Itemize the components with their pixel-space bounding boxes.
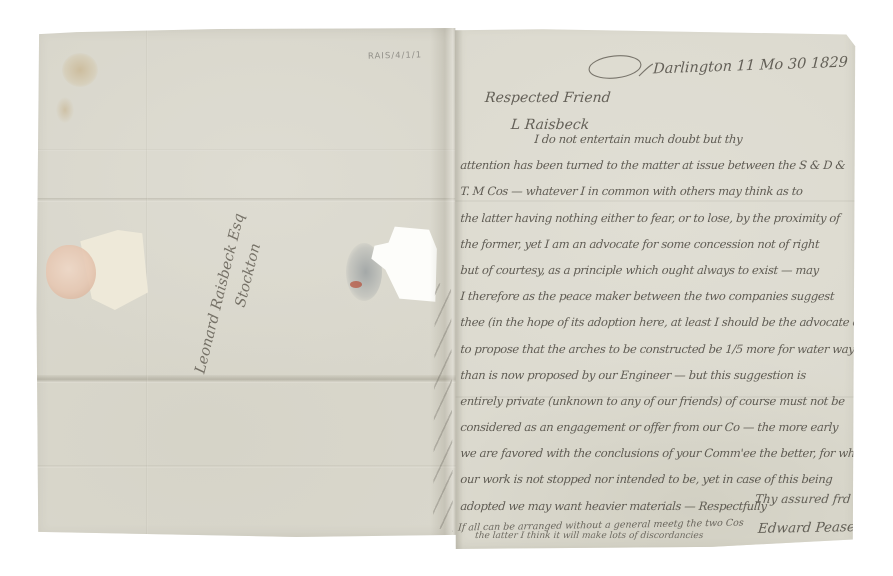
dateline-flourish: [587, 54, 653, 82]
body-line: thee (in the hope of its adoption here, …: [459, 315, 857, 341]
body-line: than is now proposed by our Engineer — b…: [459, 368, 857, 394]
paper-stain: [62, 53, 98, 87]
fold-crease: [34, 465, 457, 468]
body-line: adopted we may want heavier materials — …: [459, 499, 857, 525]
body-line: the former, yet I am an advocate for som…: [459, 237, 857, 263]
body-line: attention has been turned to the matter …: [459, 158, 857, 184]
dateline: Darlington 11 Mo 30 1829: [653, 55, 849, 78]
wax-seal-remnant: [46, 245, 96, 299]
body-line: T. M Cos — whatever I in common with oth…: [459, 184, 857, 210]
body-line: the latter having nothing either to fear…: [459, 211, 857, 237]
body-line: our work is not stopped nor intended to …: [459, 472, 857, 498]
showthrough-marks: [433, 282, 453, 532]
salutation-line1: Respected Friend: [484, 90, 611, 106]
letter-body: I do not entertain much doubt but thy at…: [460, 132, 856, 525]
body-line: I therefore as the peace maker between t…: [459, 289, 857, 315]
seal-red-speck: [350, 281, 362, 288]
paper-stain: [56, 97, 74, 123]
body-line: entirely private (unknown to any of our …: [459, 394, 857, 420]
address-recipient: Leonard Raisbeck Esq: [193, 168, 259, 376]
fold-crease: [34, 149, 457, 151]
postscript-line2: the latter I think it will make lots of …: [475, 531, 704, 541]
body-line: I do not entertain much doubt but thy: [459, 132, 857, 158]
left-page: RAIS/4/1/1 Leonard Raisbeck Esq Stockton: [34, 27, 457, 539]
body-line: but of courtesy, as a principle which ou…: [459, 263, 857, 289]
address-block: Leonard Raisbeck Esq Stockton: [193, 168, 304, 387]
right-page: Darlington 11 Mo 30 1829 Respected Frien…: [455, 24, 856, 550]
letter-scan: RAIS/4/1/1 Leonard Raisbeck Esq Stockton: [0, 0, 893, 576]
address-town: Stockton: [233, 173, 281, 309]
body-line: considered as an engagement or offer fro…: [459, 420, 857, 446]
salutation-line2: L Raisbeck: [510, 117, 590, 133]
archive-reference: RAIS/4/1/1: [368, 50, 422, 61]
body-line: to propose that the arches to be constru…: [459, 342, 857, 368]
body-line: we are favored with the conclusions of y…: [459, 446, 857, 472]
